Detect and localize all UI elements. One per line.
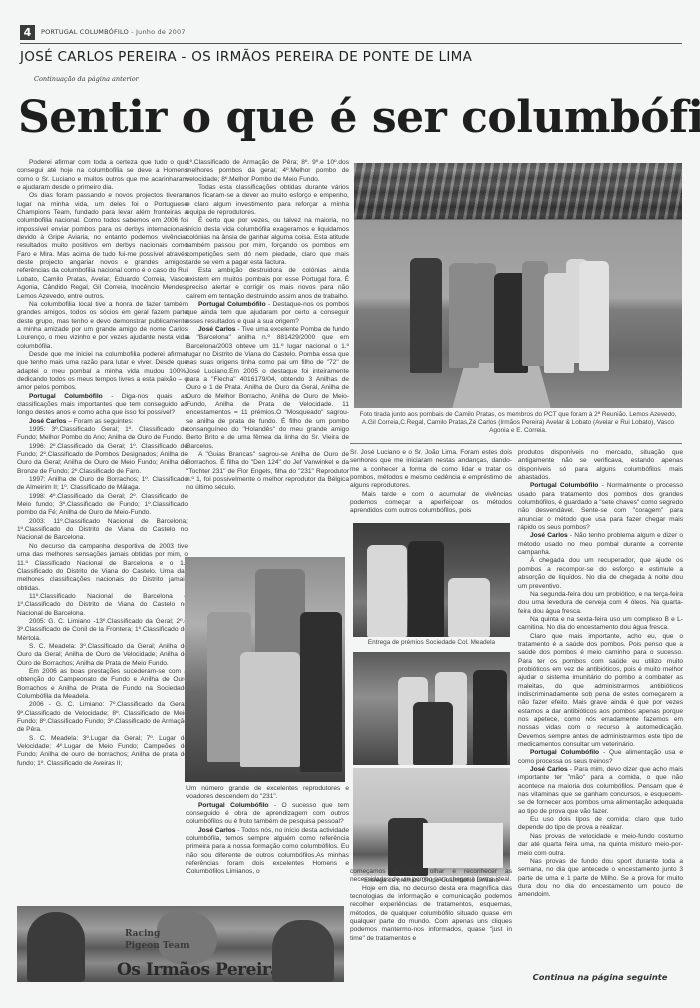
article-paragraph: Sr. José Luciano e o Sr. João Lima. Fora… xyxy=(350,449,512,491)
speaker-label: José Carlos xyxy=(530,766,568,773)
article-paragraph: José Carlos - Para mim, devo dizer que a… xyxy=(518,766,683,816)
header-rule xyxy=(20,43,682,44)
article-paragraph: José Carlos - Não tenho problema algum e… xyxy=(518,532,683,557)
article-column-3-continued: começamos a saber olhar e reconhecer as … xyxy=(350,868,512,943)
article-paragraph: Hoje em dia, no decurso desta era magníf… xyxy=(350,885,512,943)
article-paragraph: Nas provas de fundo dou sport durante to… xyxy=(518,858,683,900)
article-paragraph: À chegada dou um recuperador, que ajude … xyxy=(518,557,683,590)
photo-pombal-group xyxy=(354,163,682,408)
article-paragraph: É certo que por vezes, ou talvez na maio… xyxy=(186,217,349,267)
continued-from-note: Continuação da página anterior xyxy=(34,75,139,83)
article-column-2-continued: Um número grande de excelentes reproduto… xyxy=(186,785,349,877)
article-paragraph: Eu uso dois tipos de comida: claro que t… xyxy=(518,816,683,833)
article-paragraph: Nas provas de velocidade e meio-fundo co… xyxy=(518,833,683,858)
article-paragraph: Portugal Columbófilo - Que alimentação u… xyxy=(518,749,683,766)
speaker-label: Portugal Columbófilo xyxy=(530,482,598,489)
article-paragraph: Desde que me iniciei na columbofilia pod… xyxy=(17,351,188,393)
article-paragraph: Na columbofilia local tive a honra de fa… xyxy=(17,301,188,351)
speaker-label: José Carlos xyxy=(198,827,235,834)
speaker-label: Portugal Columbófilo xyxy=(198,301,266,308)
banner-racing-text: RacingPigeon Team xyxy=(125,928,190,952)
photo-limiano-awards-2 xyxy=(353,768,510,876)
article-paragraph: começamos a saber olhar e reconhecer as … xyxy=(350,868,512,885)
article-column-1: Poderei afirmar com toda a certeza que t… xyxy=(17,159,188,768)
caption-pombal: Foto tirada junto aos pombais de Camilo … xyxy=(354,411,682,436)
speaker-label: José Carlos xyxy=(530,532,568,539)
speaker-label: José Carlos xyxy=(29,418,66,425)
page-number: 4 xyxy=(20,25,35,40)
article-paragraph: José Carlos - Tive uma excelente Pomba d… xyxy=(186,326,349,451)
continued-next-note: Continua na página seguinte xyxy=(520,972,680,982)
photo-limiano-awards-1 xyxy=(353,652,510,765)
speaker-label: Portugal Columbófilo xyxy=(530,749,599,756)
banner-person-right xyxy=(272,920,334,982)
running-header: 4 PORTUGAL COLUMBÓFILO - Junho de 2007 xyxy=(20,24,186,40)
photo-trophy-winners xyxy=(185,557,345,782)
article-paragraph: 1º.Classificado de Armação de Pêra; 8º. … xyxy=(186,159,349,184)
article-paragraph: 1997: Anilha de Ouro de Borrachos; 1º. C… xyxy=(17,476,188,493)
article-paragraph: Um número grande de excelentes reproduto… xyxy=(186,785,349,802)
article-paragraph: Portugal Columbófilo - Normalmente o pro… xyxy=(518,482,683,532)
article-paragraph: Portugal Columbófilo - Diga-nos quais as… xyxy=(17,393,188,418)
article-paragraph: Poderei afirmar com toda a certeza que t… xyxy=(17,159,188,192)
article-paragraph: 1998: 4º.Classificado da Geral; 2º. Clas… xyxy=(17,493,188,518)
article-paragraph: Os dias foram passando e novos projectos… xyxy=(17,192,188,300)
article-paragraph: Mais tarde e com o acumular de vivências… xyxy=(350,491,512,516)
speaker-label: Portugal Columbófilo xyxy=(198,802,269,809)
article-paragraph: A "Guias Brancas" sagrou-se Anilha de Ou… xyxy=(186,451,349,493)
article-column-4: produtos disponíveis no mercado, situaçã… xyxy=(518,449,683,900)
article-paragraph: 2003: 11º.Classificado Nacional de Barce… xyxy=(17,518,188,543)
irmaos-pereira-banner: RacingPigeon Team Os Irmãos Pereira xyxy=(17,906,344,982)
article-paragraph: Portugal Columbófilo - Destaque-nos os p… xyxy=(186,301,349,326)
article-paragraph: Na quinta e na sexta-feira uso um comple… xyxy=(518,616,683,633)
article-paragraph: José Carlos – Foram as seguintes: xyxy=(17,418,188,426)
article-paragraph: S. C. Meadela: 3º.Classificado da Geral;… xyxy=(17,643,188,668)
caption-meadela: Entrega de prémios Sociedade Col. Meadel… xyxy=(353,639,510,646)
section-rule xyxy=(350,443,682,444)
article-paragraph: 1996: 2º.Classificado da Geral; 1º. Clas… xyxy=(17,443,188,476)
article-paragraph: Portugal Columbófilo - O sucesso que tem… xyxy=(186,802,349,827)
article-paragraph: S. C. Meadela: 3º.Lugar da Geral; 7º. Lu… xyxy=(17,735,188,768)
speaker-label: José Carlos xyxy=(198,326,235,333)
banner-person-left xyxy=(27,912,85,982)
article-paragraph: 2005: G. C. Limiano -13º.Classificado da… xyxy=(17,618,188,643)
article-paragraph: 2006 - G. C. Limiano: 7º.Classificado da… xyxy=(17,701,188,734)
newspaper-page: 4 PORTUGAL COLUMBÓFILO - Junho de 2007 J… xyxy=(0,0,700,1008)
article-paragraph: 11º.Classificado Nacional de Barcelona e… xyxy=(17,593,188,618)
headline: Sentir o que é ser columbófilo xyxy=(18,92,700,143)
section-title: JOSÉ CARLOS PEREIRA - OS IRMÃOS PEREIRA … xyxy=(20,49,472,65)
article-paragraph: Claro que mais importante, acho eu, que … xyxy=(518,633,683,750)
article-paragraph: José Carlos - Todos nós, no início desta… xyxy=(186,827,349,877)
article-column-2: 1º.Classificado de Armação de Pêra; 8º. … xyxy=(186,159,349,493)
banner-brand: Os Irmãos Pereira xyxy=(117,960,281,980)
article-paragraph: Todas esta classificações obtidas durant… xyxy=(186,184,349,217)
speaker-label: Portugal Columbófilo xyxy=(29,393,103,400)
article-paragraph: Na segunda-feira dou um probiótico, e na… xyxy=(518,591,683,616)
article-paragraph: Esta ambição destruidora de colónias ain… xyxy=(186,267,349,300)
photo-meadela-awards xyxy=(353,523,510,637)
article-paragraph: 1995: 3º.Classificado Geral; 1º. Classif… xyxy=(17,426,188,443)
article-paragraph: produtos disponíveis no mercado, situaçã… xyxy=(518,449,683,482)
article-paragraph: Em 2006 as boas prestações sucederam-se … xyxy=(17,668,188,701)
article-paragraph: No decurso da campanha desportiva de 200… xyxy=(17,543,188,593)
article-column-3: Sr. José Luciano e o Sr. João Lima. Fora… xyxy=(350,449,512,516)
publication-name: PORTUGAL COLUMBÓFILO - Junho de 2007 xyxy=(41,28,186,36)
